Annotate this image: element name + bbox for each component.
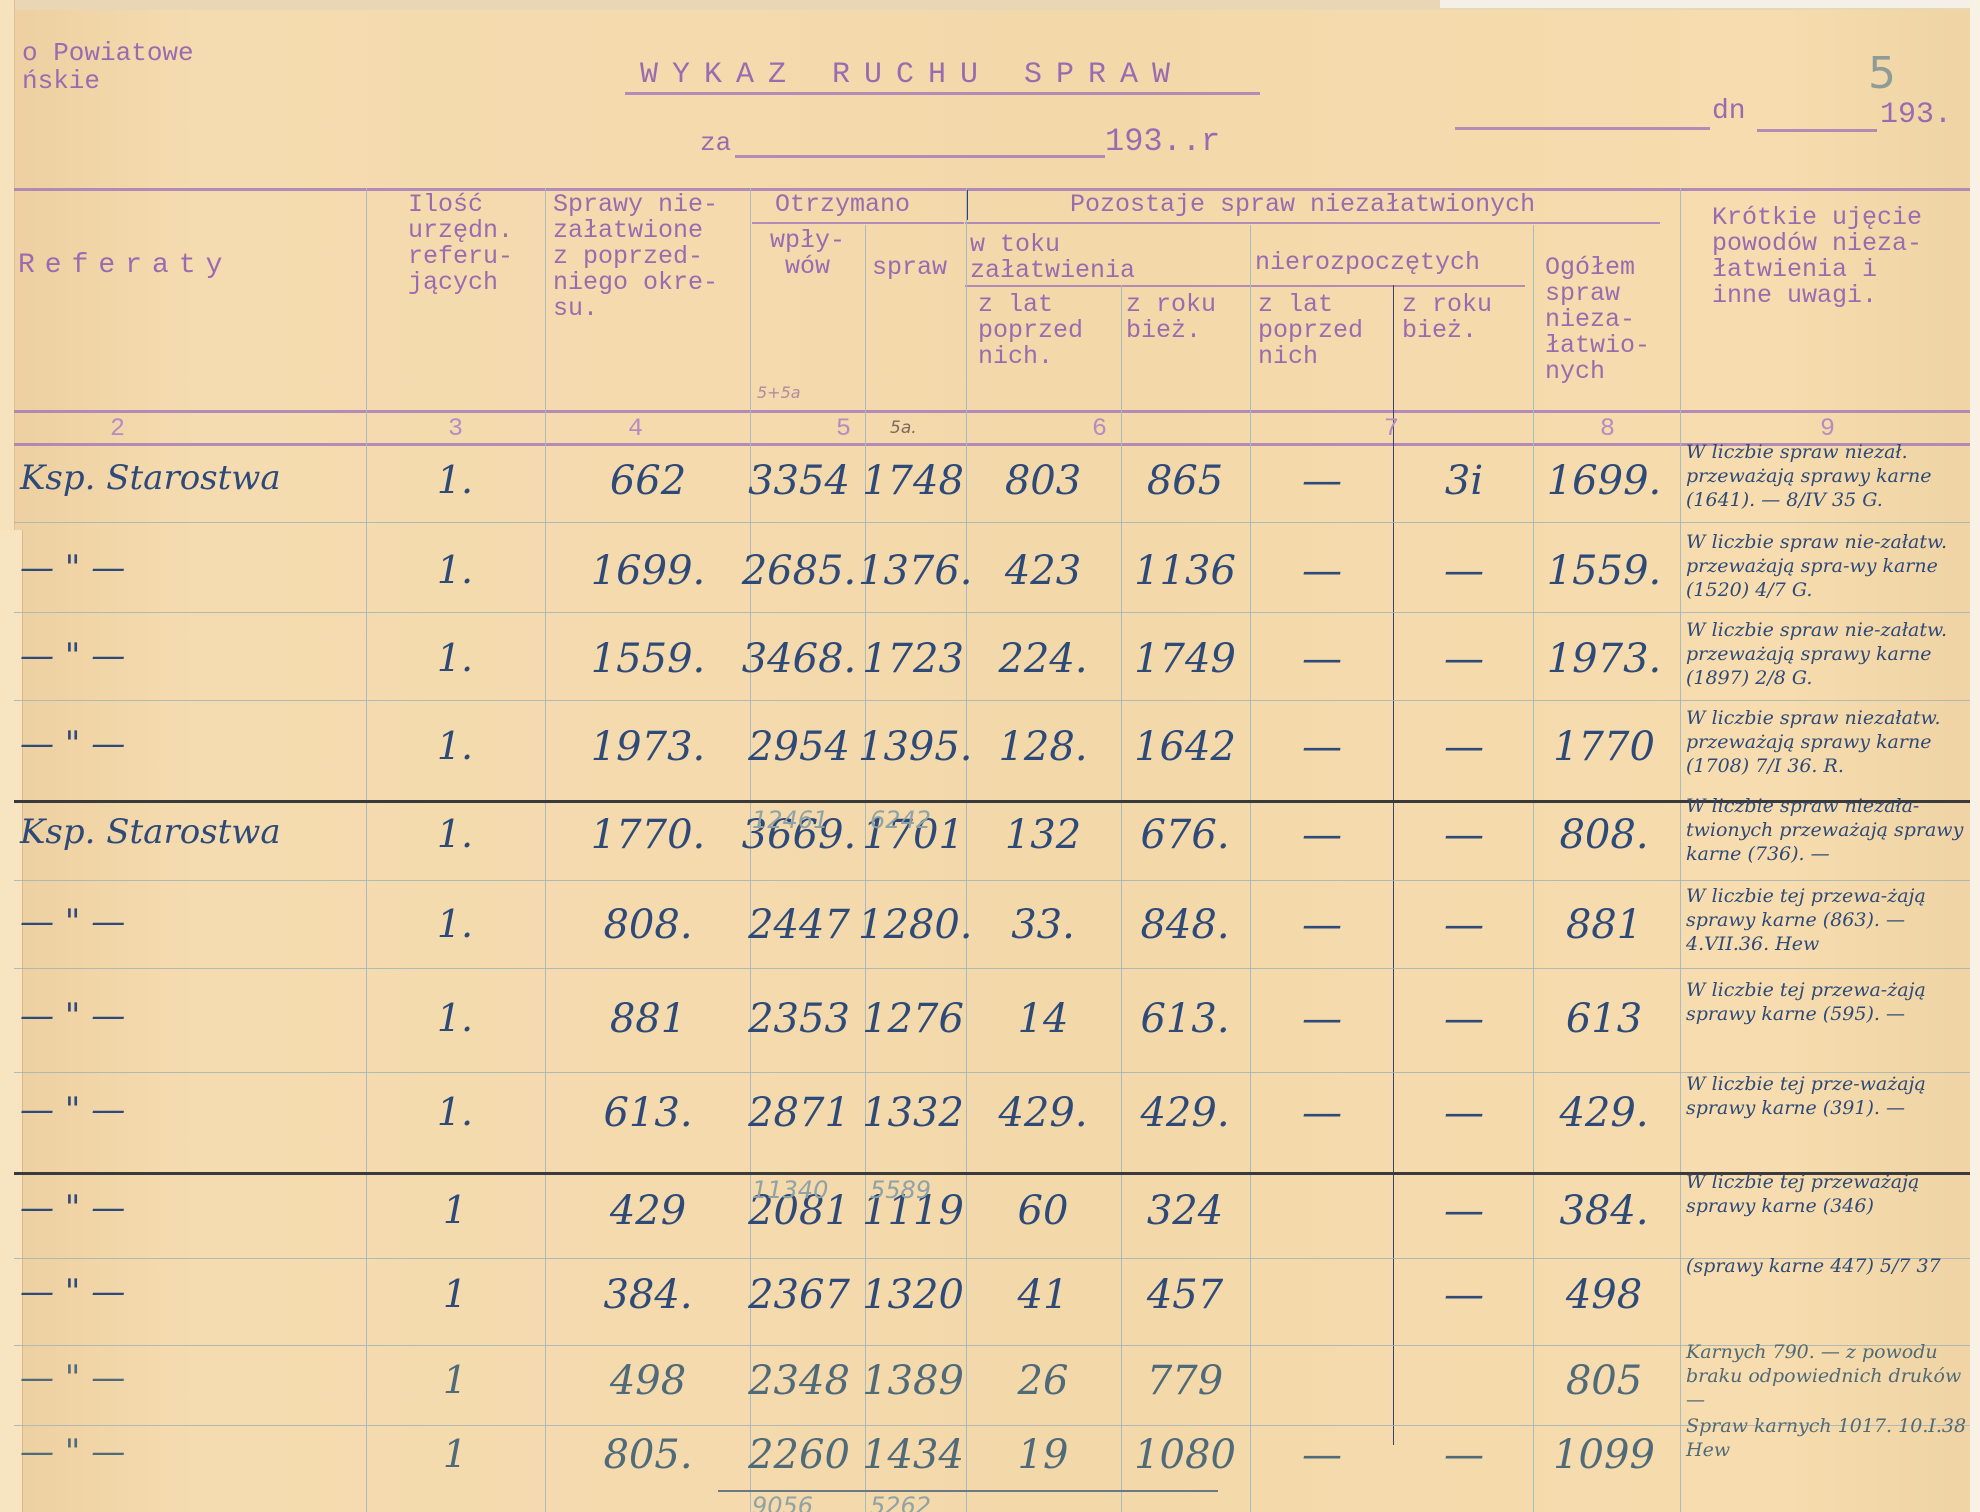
header-nierozpoczetych: nierozpoczętych [1255,250,1480,276]
cell-ref: — " — [20,636,360,676]
colnum-5: 5 [836,414,851,443]
cell-nier-lat: — [1252,724,1392,770]
header-pozostaje: Pozostaje spraw niezałatwionych [1070,192,1535,218]
cell-ref: — " — [20,548,360,588]
cell-ref: — " — [20,1358,360,1398]
otrzymano-underline [752,222,964,224]
page-number: 5 [1868,48,1896,99]
cell-toku-lat: 19 [968,1432,1118,1478]
cell-ilosc: 1. [380,724,530,768]
cell-ilosc: 1 [380,1358,530,1402]
cell-ilosc: 1. [380,636,530,680]
cell-spraw: 1395. [858,724,968,770]
cell-poprz: 662 [548,458,748,504]
cell-nier-lat: — [1252,548,1392,594]
col-divider-8 [1533,225,1534,1512]
group-divider-2 [14,1172,1970,1175]
cell-poprz: 808. [548,902,748,948]
cell-toku-rok: 848. [1120,902,1250,948]
colnum-5a: 5a. [890,418,917,438]
cell-nier-lat: — [1252,902,1392,948]
colnum-8: 8 [1600,414,1615,443]
cell-toku-lat: 41 [968,1272,1118,1318]
cell-ilosc: 1. [380,996,530,1040]
cell-ogolem: 429. [1524,1090,1684,1136]
cell-nier-rok: — [1394,902,1534,948]
cell-nier-rok: — [1394,812,1534,858]
cell-uwagi: W liczbie spraw niezałatw. przeważają sp… [1686,706,1980,778]
col-divider-7 [1250,225,1251,1512]
cell-ogolem: 1099 [1524,1432,1684,1478]
cell-wplywow: 3354 [734,458,864,504]
cell-toku-rok: 324 [1120,1188,1250,1234]
subtotal-spraw: 6242 [870,806,931,834]
cell-uwagi: W liczbie tej przewa-żają sprawy karne (… [1686,978,1980,1026]
cell-toku-lat: 423 [968,548,1118,594]
cell-uwagi: W liczbie tej przewa-żają sprawy karne (… [1686,884,1980,956]
cell-ref: — " — [20,724,360,764]
header-ilosc: Ilość urzędn. referu- jących [408,192,513,296]
office-line-2: ńskie [22,66,100,96]
subtotal-wplywow: 9056 [752,1492,813,1512]
cell-uwagi: W liczbie spraw nie-załatw. przeważają s… [1686,618,1980,690]
cell-toku-rok: 1136 [1120,548,1250,594]
cell-spraw: 1434 [858,1432,968,1478]
col-divider-4 [545,188,546,1512]
header-z-roku-a: z roku bież. [1126,292,1216,344]
header-otrzymano: Otrzymano [775,192,910,218]
cell-poprz: 881 [548,996,748,1042]
cell-uwagi: (sprawy karne 447) 5/7 37 [1686,1254,1980,1278]
cell-wplywow: 2353 [734,996,864,1042]
cell-poprz: 1770. [548,812,748,858]
cell-spraw: 1723 [858,636,968,682]
row-line [14,1258,1970,1259]
date-dn-label: dn [1712,96,1746,127]
cell-toku-lat: 14 [968,996,1118,1042]
cell-wplywow: 2348 [734,1358,864,1404]
header-w-toku: w toku załatwienia [970,232,1135,284]
title-underline [625,92,1260,95]
period-suffix: 193..r [1105,123,1220,160]
cell-toku-rok: 457 [1120,1272,1250,1318]
cell-ogolem: 1699. [1524,458,1684,504]
cell-ogolem: 613 [1524,996,1684,1042]
cell-toku-lat: 429. [968,1090,1118,1136]
colnum-4: 4 [628,414,643,443]
header-z-lat-b: z lat poprzed nich [1258,292,1363,370]
cell-nier-rok: 3i [1394,458,1534,504]
header-ogolem: Ogółem spraw nieza- łatwio- nych [1545,255,1650,385]
header-sprawy-niezalatwione: Sprawy nie- załatwione z poprzed- niego … [553,192,718,322]
row-line [14,1425,1970,1426]
header-wplywow-note: 5+5a [757,383,801,402]
cell-uwagi: Spraw karnych 1017. 10.I.38 Hew [1686,1414,1980,1462]
cell-toku-rok: 1749 [1120,636,1250,682]
cell-ref: Ksp. Starostwa [20,458,360,498]
cell-ilosc: 1. [380,812,530,856]
cell-ilosc: 1. [380,902,530,946]
cell-wplywow: 2954 [734,724,864,770]
subtotal-spraw: 5262 [870,1492,931,1512]
cell-wplywow: 2871 [734,1090,864,1136]
header-spraw: spraw [872,255,947,281]
cell-toku-rok: 429. [1120,1090,1250,1136]
row-line [14,612,1970,613]
subheader-divider [965,285,1525,287]
cell-spraw: 1276 [858,996,968,1042]
cell-ilosc: 1 [380,1188,530,1232]
cell-ogolem: 881 [1524,902,1684,948]
cell-spraw: 1376. [858,548,968,594]
cell-ref: Ksp. Starostwa [20,812,360,852]
cell-wplywow: 2447 [734,902,864,948]
cell-poprz: 498 [548,1358,748,1404]
cell-toku-lat: 803 [968,458,1118,504]
cell-ref: — " — [20,1188,360,1228]
place-field-line [1455,127,1710,130]
header-bottom-border [14,410,1970,413]
row-line [14,1072,1970,1073]
cell-ilosc: 1. [380,1090,530,1134]
cell-toku-rok: 613. [1120,996,1250,1042]
cell-poprz: 613. [548,1090,748,1136]
cell-ogolem: 498 [1524,1272,1684,1318]
row-line [14,700,1970,701]
cell-toku-rok: 1642 [1120,724,1250,770]
cell-wplywow: 2685. [734,548,864,594]
cell-toku-lat: 132 [968,812,1118,858]
cell-ogolem: 1973. [1524,636,1684,682]
office-line-1: o Powiatowe [22,38,194,68]
header-z-lat-a: z lat poprzed nich. [978,292,1083,370]
document-title: WYKAZ RUCHU SPRAW [640,58,1184,92]
cell-poprz: 1973. [548,724,748,770]
cell-nier-lat: — [1252,458,1392,504]
subtotal-spraw: 5589 [870,1176,931,1204]
date-field-line [1757,129,1877,132]
cell-uwagi: W liczbie spraw niezała-twionych przeważ… [1686,794,1980,866]
cell-toku-rok: 1080 [1120,1432,1250,1478]
group-divider-1 [14,800,1970,803]
cell-toku-lat: 60 [968,1188,1118,1234]
cell-poprz: 805. [548,1432,748,1478]
colnum-6: 6 [1092,414,1107,443]
date-year: 193. [1880,98,1952,132]
cell-poprz: 1699. [548,548,748,594]
cell-poprz: 1559. [548,636,748,682]
cell-spraw: 1320 [858,1272,968,1318]
cell-ogolem: 1770 [1524,724,1684,770]
cell-ref: — " — [20,1432,360,1472]
pozostaje-underline [965,222,1660,224]
period-prefix: za [700,128,731,158]
col-divider-5a [865,225,866,1512]
row-line [14,522,1970,523]
cell-ilosc: 1. [380,458,530,502]
cell-toku-rok: 865 [1120,458,1250,504]
cell-nier-lat: — [1252,636,1392,682]
cell-wplywow: 2367 [734,1272,864,1318]
cell-ilosc: 1 [380,1432,530,1476]
row-line [14,1345,1970,1346]
cell-ogolem: 805 [1524,1358,1684,1404]
cell-toku-rok: 676. [1120,812,1250,858]
cell-toku-lat: 224. [968,636,1118,682]
cell-uwagi: W liczbie spraw niezał. przeważają spraw… [1686,440,1980,512]
cell-ilosc: 1 [380,1272,530,1316]
header-wplywow: wpły- wów [755,228,860,280]
cell-nier-rok: — [1394,724,1534,770]
cell-toku-lat: 26 [968,1358,1118,1404]
row-line [14,968,1970,969]
colnum-3: 3 [448,414,463,443]
cell-nier-lat: — [1252,1090,1392,1136]
cell-toku-lat: 33. [968,902,1118,948]
cell-ilosc: 1. [380,548,530,592]
period-field-line [735,155,1105,158]
cell-nier-rok: — [1394,1432,1534,1478]
cell-ogolem: 384. [1524,1188,1684,1234]
page-top-edge-right [1440,0,1970,8]
header-uwagi: Krótkie ujęcie powodów nieza- łatwienia … [1712,205,1922,309]
header-referaty: Referaty [18,250,232,281]
column-number-border [14,443,1970,446]
cell-ogolem: 1559. [1524,548,1684,594]
cell-spraw: 1389 [858,1358,968,1404]
cell-ref: — " — [20,996,360,1036]
subtotal-wplywow: 12461 [752,806,828,834]
cell-nier-rok: — [1394,548,1534,594]
cell-nier-lat: — [1252,996,1392,1042]
cell-spraw: 1332 [858,1090,968,1136]
cell-ogolem: 808. [1524,812,1684,858]
cell-uwagi: W liczbie tej przeważają sprawy karne (3… [1686,1170,1980,1218]
cell-uwagi: W liczbie tej prze-ważają sprawy karne (… [1686,1072,1980,1120]
colnum-2: 2 [110,414,125,443]
colnum-9: 9 [1820,414,1835,443]
colnum-7: 7 [1384,414,1399,443]
document-page: o Powiatowe ńskie WYKAZ RUCHU SPRAW za 1… [0,0,1980,1512]
cell-nier-rok: — [1394,996,1534,1042]
cell-nier-rok: — [1394,636,1534,682]
table-top-border [14,188,1970,191]
cell-spraw: 1748 [858,458,968,504]
cell-spraw: 1280. [858,902,968,948]
cell-toku-rok: 779 [1120,1358,1250,1404]
cell-nier-rok: — [1394,1188,1534,1234]
cell-uwagi: W liczbie spraw nie-załatw. przeważają s… [1686,530,1980,602]
cell-wplywow: 3468. [734,636,864,682]
col-divider-3 [366,188,367,1512]
header-z-roku-b: z roku bież. [1402,292,1492,344]
cell-nier-rok: — [1394,1090,1534,1136]
subtotal-wplywow: 11340 [752,1176,828,1204]
cell-toku-lat: 128. [968,724,1118,770]
cell-ref: — " — [20,1090,360,1130]
cell-uwagi: Karnych 790. — z powodu braku odpowiedni… [1686,1340,1980,1412]
cell-nier-lat: — [1252,812,1392,858]
cell-poprz: 429 [548,1188,748,1234]
cell-poprz: 384. [548,1272,748,1318]
cell-nier-lat: — [1252,1432,1392,1478]
cell-wplywow: 2260 [734,1432,864,1478]
cell-ref: — " — [20,902,360,942]
row-line [14,880,1970,881]
cell-nier-rok: — [1394,1272,1534,1318]
cell-ref: — " — [20,1272,360,1312]
